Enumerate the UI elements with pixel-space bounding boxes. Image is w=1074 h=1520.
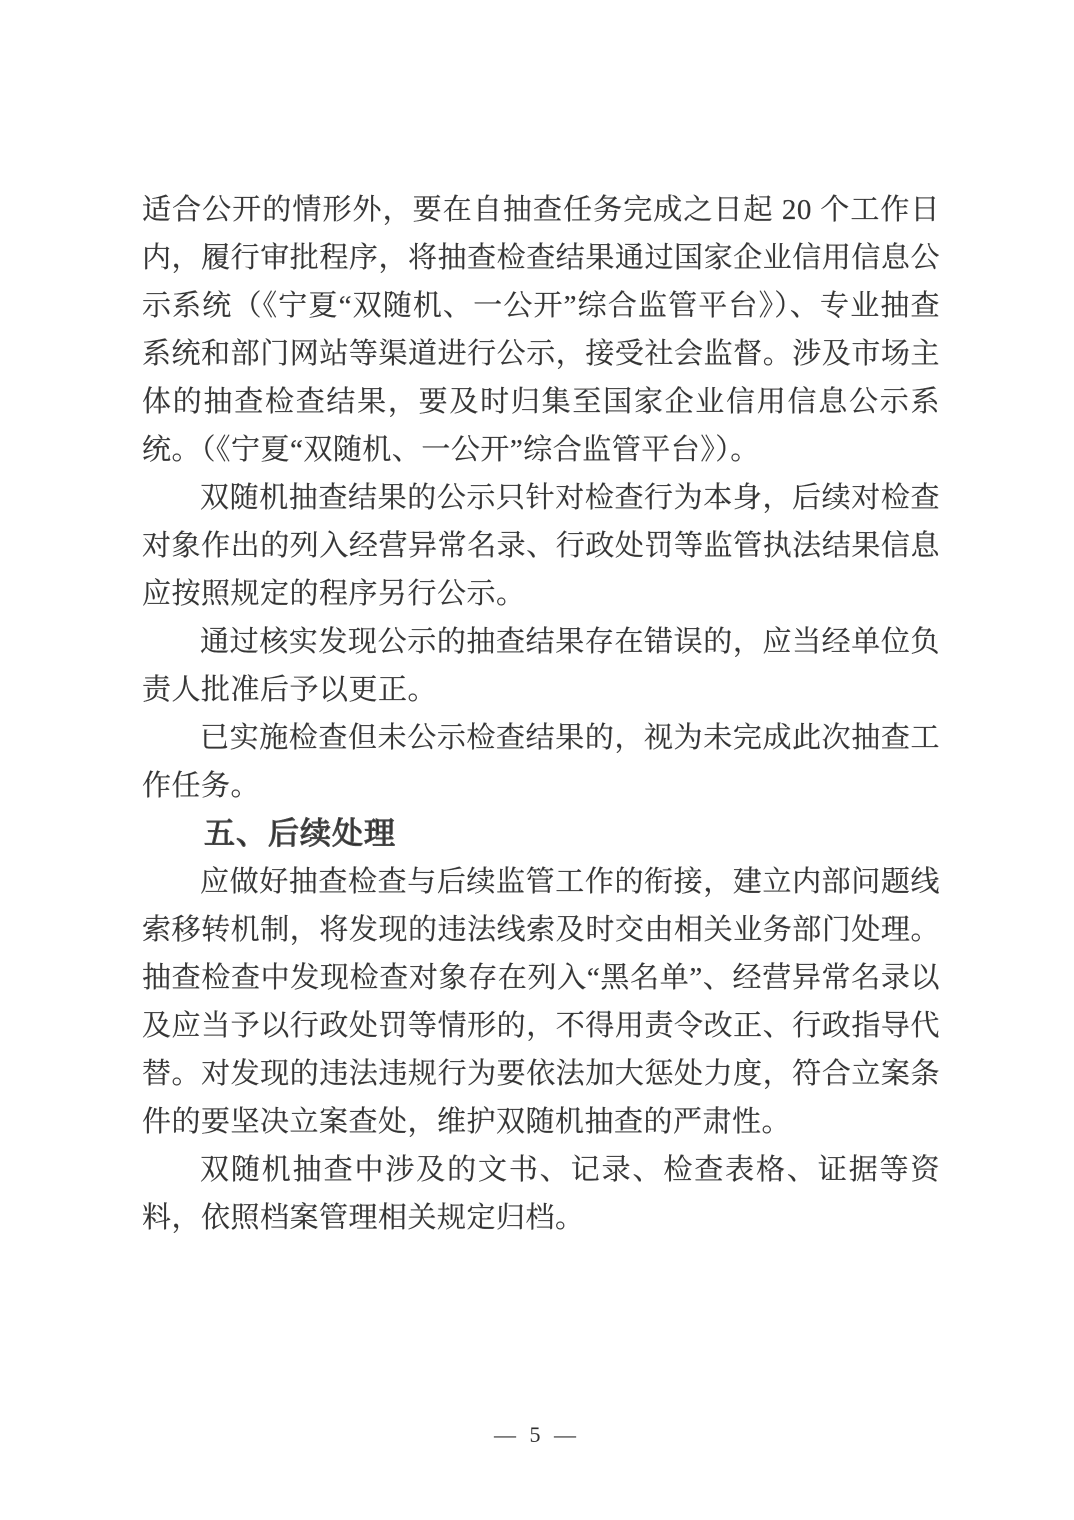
body-paragraph: 双随机抽查中涉及的文书、记录、检查表格、证据等资料，依照档案管理相关规定归档。 (142, 1146, 940, 1242)
body-paragraph: 适合公开的情形外，要在自抽查任务完成之日起 20 个工作日内，履行审批程序，将抽… (142, 186, 940, 474)
page-number: — 5 — (0, 1420, 1074, 1450)
body-paragraph: 双随机抽查结果的公示只针对检查行为本身，后续对检查对象作出的列入经营异常名录、行… (142, 474, 940, 618)
document-page: 适合公开的情形外，要在自抽查任务完成之日起 20 个工作日内，履行审批程序，将抽… (0, 0, 1074, 1520)
body-paragraph: 应做好抽查检查与后续监管工作的衔接，建立内部问题线索移转机制，将发现的违法线索及… (142, 858, 940, 1146)
section-heading: 五、后续处理 (142, 810, 940, 858)
body-paragraph: 已实施检查但未公示检查结果的，视为未完成此次抽查工作任务。 (142, 714, 940, 810)
document-body: 适合公开的情形外，要在自抽查任务完成之日起 20 个工作日内，履行审批程序，将抽… (142, 186, 940, 1242)
body-paragraph: 通过核实发现公示的抽查结果存在错误的，应当经单位负责人批准后予以更正。 (142, 618, 940, 714)
